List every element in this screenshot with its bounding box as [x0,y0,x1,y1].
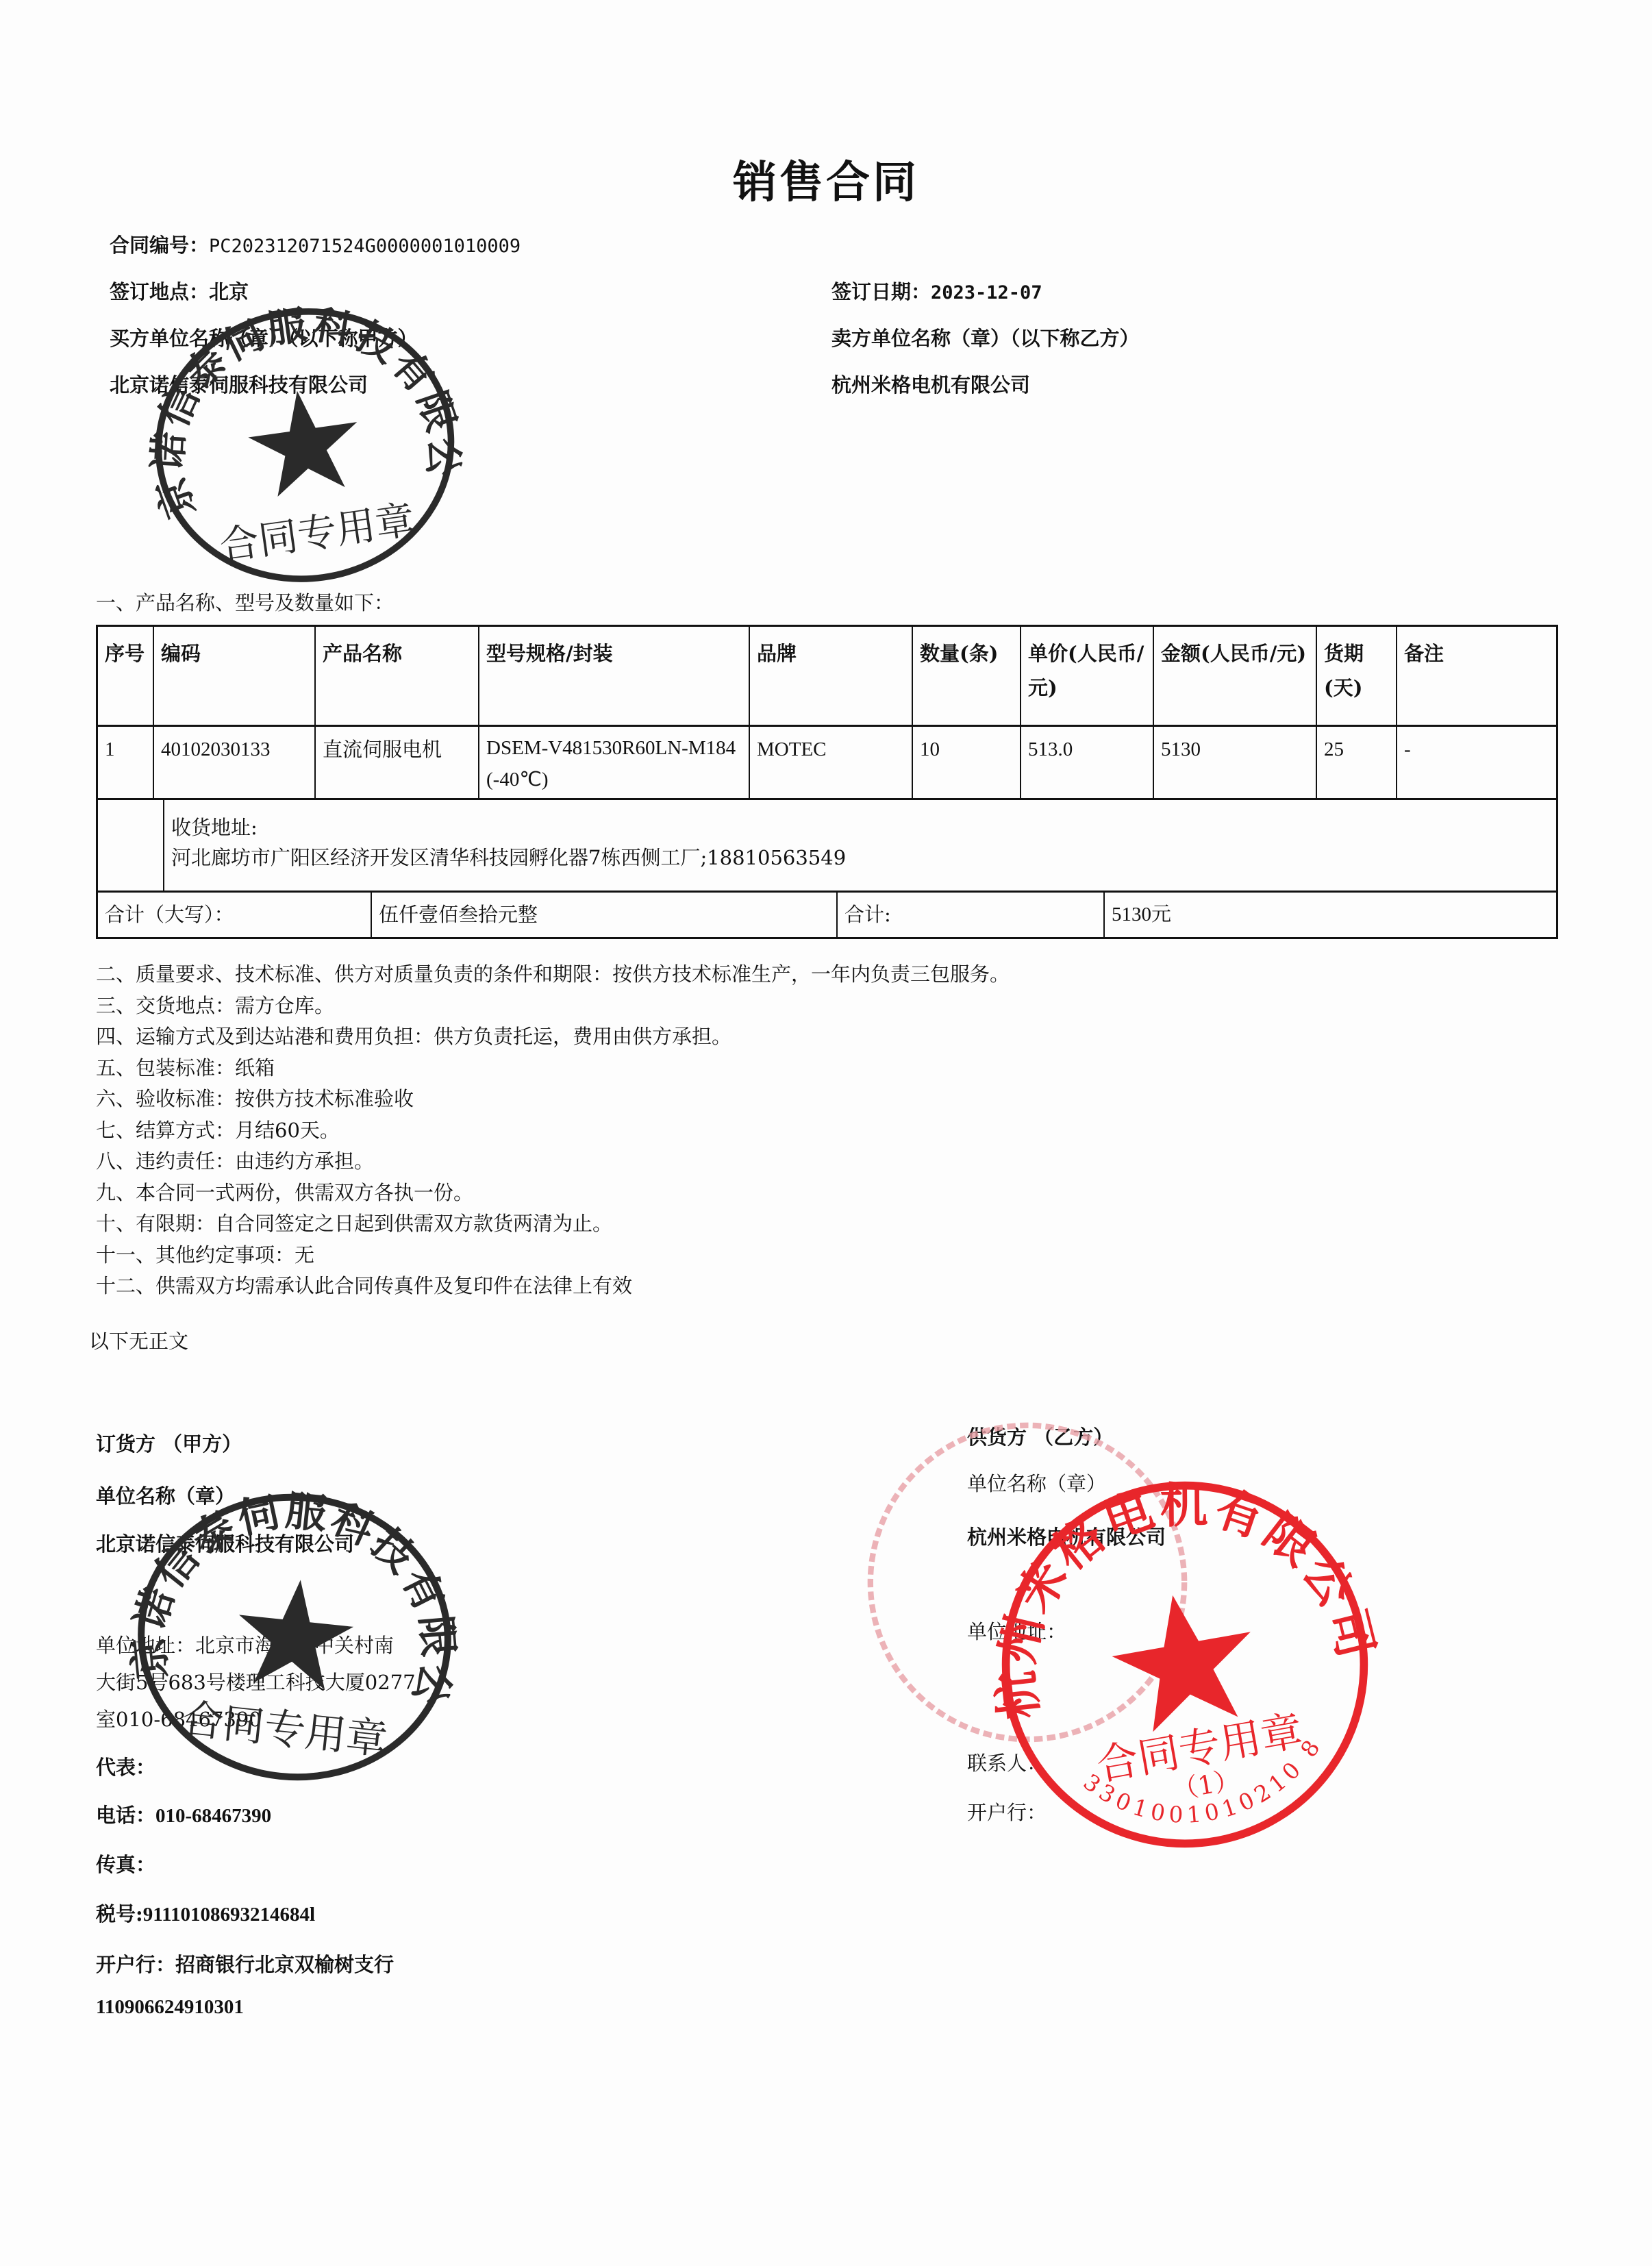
buyer-address-line1: 单位地址：北京市海淀区中关村南 [96,1633,394,1658]
col-header-unit-price: 单价(人民币/元) [1021,627,1154,725]
buyer-phone-label: 电话： [96,1804,155,1827]
term-item: 四、运输方式及到达站港和费用负担：供方负责托运，费用由供方承担。 [96,1021,1010,1053]
cell-unit-price: 513.0 [1021,727,1154,798]
end-note: 以下无正文 [89,1329,188,1354]
total-upper-label: 合计（大写）： [98,893,372,937]
total-upper-value: 伍仟壹佰叁拾元整 [372,893,838,937]
delivery-address-row: 收货地址: 河北廊坊市广阳区经济开发区清华科技园孵化器7栋西侧工厂;188105… [98,800,1556,893]
col-header-code: 编码 [154,627,316,725]
term-item: 二、质量要求、技术标准、供方对质量负责的条件和期限：按供方技术标准生产，一年内负… [96,959,1010,991]
cell-remark: - [1397,727,1556,798]
cell-code: 40102030133 [154,727,316,798]
buyer-label: 买方单位名称（章）（以下称甲方） [110,326,418,351]
sign-date-label: 签订日期： [831,280,931,303]
svg-text:合同专用章: 合同专用章 [217,497,418,569]
col-header-remark: 备注 [1397,627,1556,725]
cell-quantity: 10 [913,727,1021,798]
delivery-address-value: 河北廊坊市广阳区经济开发区清华科技园孵化器7栋西侧工厂;18810563549 [171,843,1549,873]
term-item: 九、本合同一式两份，供需双方各执一份。 [96,1178,1010,1209]
col-header-product-name: 产品名称 [316,627,479,725]
cell-amount: 5130 [1154,727,1317,798]
buyer-block-heading: 订货方 （甲方） [96,1432,242,1456]
delivery-address-cell: 收货地址: 河北廊坊市广阳区经济开发区清华科技园孵化器7栋西侧工厂;188105… [164,800,1556,891]
svg-text:（1）: （1） [1171,1764,1242,1805]
section1-label: 一、产品名称、型号及数量如下： [96,590,394,615]
cell-brand: MOTEC [750,727,913,798]
contract-number-label: 合同编号： [110,234,209,257]
seller-label: 卖方单位名称（章）（以下称乙方） [831,326,1140,351]
total-label: 合计: [838,893,1105,937]
seller-address-label: 单位地址： [967,1619,1066,1644]
address-spacer-cell [98,800,164,891]
term-item: 三、交货地点：需方仓库。 [96,991,1010,1022]
col-header-model: 型号规格/封装 [479,627,750,725]
buyer-bank-value: 招商银行北京双榆树支行 [175,1953,394,1976]
buyer-unit-name-label: 单位名称（章） [96,1484,235,1508]
buyer-name: 北京诺信泰伺服科技有限公司 [110,373,368,397]
seller-name: 杭州米格电机有限公司 [831,373,1030,397]
terms-list: 二、质量要求、技术标准、供方对质量负责的条件和期限：按供方技术标准生产，一年内负… [96,959,1010,1302]
seller-contact-label: 联系人： [967,1751,1047,1776]
term-item: 十、有限期：自合同签定之日起到供需双方款货两清为止。 [96,1208,1010,1240]
sign-place: 签订地点：北京 [110,279,249,304]
seller-unit-name-label: 单位名称（章） [967,1471,1106,1496]
buyer-bank-account: 110906624910301 [96,1995,244,2019]
cell-product-name: 直流伺服电机 [316,727,479,798]
contract-number-value: PC202312071524G0000001010009 [209,236,521,257]
buyer-unit-name: 北京诺信泰伺服科技有限公司 [96,1532,354,1556]
buyer-fax-label: 传真： [96,1852,155,1877]
buyer-address-line3: 室010-68467390 [96,1707,262,1732]
svg-text:北京诺信泰伺服科技有限公司: 北京诺信泰伺服科技有限公司 [124,281,474,525]
buyer-bank-label: 开户行： [96,1953,175,1976]
seller-seal-faint-icon [856,1411,1199,1754]
term-item: 六、验收标准：按供方技术标准验收 [96,1084,1010,1115]
delivery-address-label: 收货地址: [171,812,1549,843]
cell-index: 1 [98,727,154,798]
sign-place-value: 北京 [209,280,249,303]
term-item: 十一、其他约定事项：无 [96,1240,1010,1271]
buyer-phone-value: 010-68467390 [155,1805,271,1827]
product-table: 序号 编码 产品名称 型号规格/封装 品牌 数量(条) 单价(人民币/元) 金额… [96,625,1558,939]
col-header-index: 序号 [98,627,154,725]
buyer-rep-label: 代表： [96,1755,155,1780]
col-header-lead-time: 货期(天) [1317,627,1397,725]
document-title: 销售合同 [0,147,1652,210]
buyer-address-line2: 大街5号683号楼理工科技大厦0277 [96,1670,416,1695]
table-row: 1 40102030133 直流伺服电机 DSEM-V481530R60LN-M… [98,727,1556,800]
seller-block-heading: 供货方 （乙方） [967,1425,1113,1449]
col-header-quantity: 数量(条) [913,627,1021,725]
cell-model: DSEM-V481530R60LN-M184(-40℃) [479,727,750,798]
contract-number: 合同编号：PC202312071524G0000001010009 [110,233,521,259]
sign-date-value: 2023-12-07 [931,282,1042,303]
svg-text:合同专用章: 合同专用章 [1093,1707,1306,1791]
svg-text:3301001010210 8: 3301001010210 8 [1075,1728,1338,1847]
seller-bank-label: 开户行： [967,1800,1047,1825]
buyer-phone: 电话：010-68467390 [96,1803,271,1828]
col-header-amount: 金额(人民币/元) [1154,627,1317,725]
term-item: 五、包装标准：纸箱 [96,1053,1010,1084]
buyer-bank: 开户行：招商银行北京双榆树支行 [96,1952,394,1977]
col-header-brand: 品牌 [750,627,913,725]
cell-lead-time: 25 [1317,727,1397,798]
total-value: 5130元 [1105,893,1556,937]
term-item: 十二、供需双方均需承认此合同传真件及复印件在法律上有效 [96,1271,1010,1302]
buyer-tax-label: 税号: [96,1902,143,1926]
sign-place-label: 签订地点： [110,280,209,303]
term-item: 八、违约责任：由违约方承担。 [96,1146,1010,1178]
total-row: 合计（大写）： 伍仟壹佰叁拾元整 合计: 5130元 [98,893,1556,937]
seller-unit-name: 杭州米格电机有限公司 [967,1525,1166,1549]
table-header-row: 序号 编码 产品名称 型号规格/封装 品牌 数量(条) 单价(人民币/元) 金额… [98,627,1556,727]
sign-date: 签订日期：2023-12-07 [831,279,1042,306]
buyer-tax: 税号:91110108693214684l [96,1902,315,1927]
term-item: 七、结算方式：月结60天。 [96,1115,1010,1147]
buyer-tax-value: 91110108693214684l [143,1904,315,1926]
